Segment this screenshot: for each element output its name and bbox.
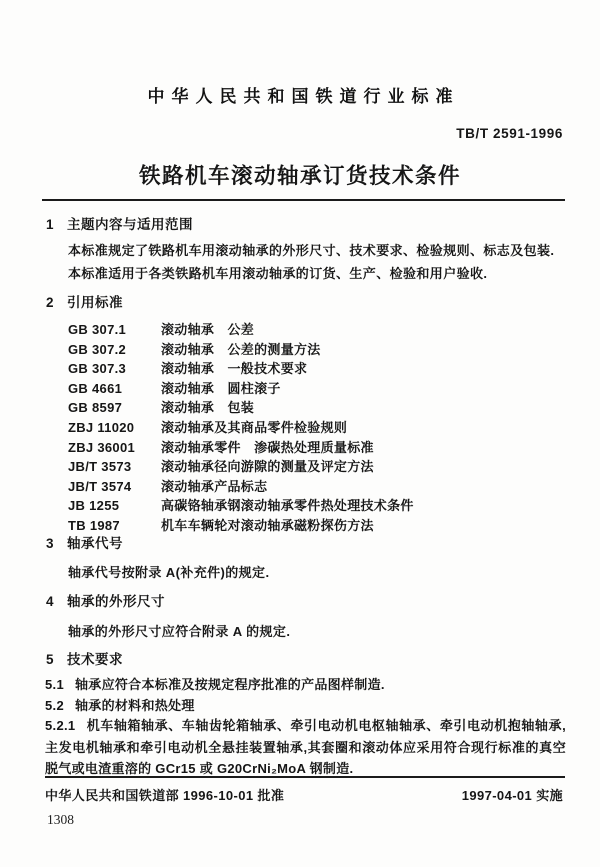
clause-5-2-1: 5.2.1机车轴箱轴承、车轴齿轮箱轴承、牵引电动机电枢轴轴承、牵引电动机抱轴轴承… — [45, 715, 566, 780]
section-2-title: 引用标准 — [67, 295, 123, 310]
reference-item: ZBJ 11020 滚动轴承及其商品零件检验规则 — [68, 418, 568, 438]
clause-5-2-number: 5.2 — [45, 698, 64, 713]
reference-item: TB 1987 机车车辆轮对滚动轴承磁粉探伤方法 — [68, 516, 568, 536]
reference-code: JB/T 3573 — [68, 457, 161, 477]
section-1-heading: 1主题内容与适用范围 — [46, 213, 193, 233]
section-1-title: 主题内容与适用范围 — [67, 217, 193, 232]
document-title: 铁路机车滚动轴承订货技术条件 — [0, 159, 600, 190]
reference-title: 滚动轴承 公差 — [161, 320, 254, 340]
header-rule — [42, 199, 565, 201]
clause-5-1: 5.1轴承应符合本标准及按规定程序批准的产品图样制造. — [45, 674, 385, 693]
reference-title: 滚动轴承及其商品零件检验规则 — [161, 418, 347, 438]
reference-item: GB 307.2 滚动轴承 公差的测量方法 — [68, 340, 568, 360]
reference-item: GB 307.3 滚动轴承 一般技术要求 — [68, 359, 568, 379]
reference-title: 滚动轴承径向游隙的测量及评定方法 — [161, 457, 374, 477]
clause-5-1-number: 5.1 — [45, 677, 64, 692]
standard-document-page: 中华人民共和国铁道行业标准 TB/T 2591-1996 铁路机车滚动轴承订货技… — [0, 0, 600, 867]
section-3-title: 轴承代号 — [67, 536, 123, 551]
clause-5-2-1-number: 5.2.1 — [45, 718, 75, 733]
section-1-body: 本标准规定了铁路机车用滚动轴承的外形尺寸、技术要求、检验规则、标志及包装. 本标… — [68, 239, 573, 285]
reference-code: GB 307.3 — [68, 359, 161, 379]
clause-5-2-text: 轴承的材料和热处理 — [75, 698, 195, 713]
reference-item: GB 307.1 滚动轴承 公差 — [68, 320, 568, 340]
section-4-paragraph: 轴承的外形尺寸应符合附录 A 的规定. — [68, 620, 290, 643]
standard-number: TB/T 2591-1996 — [456, 126, 563, 141]
implementation-note: 1997-04-01 实施 — [462, 785, 563, 804]
page-number: 1308 — [47, 812, 74, 828]
section-1-number: 1 — [46, 217, 54, 232]
section-1-paragraph-1: 本标准规定了铁路机车用滚动轴承的外形尺寸、技术要求、检验规则、标志及包装. — [68, 239, 573, 262]
reference-title: 滚动轴承 圆柱滚子 — [161, 379, 281, 399]
reference-title: 滚动轴承产品标志 — [161, 477, 267, 497]
section-5-heading: 5技术要求 — [46, 648, 123, 668]
reference-code: GB 307.1 — [68, 320, 161, 340]
reference-item: GB 8597 滚动轴承 包装 — [68, 398, 568, 418]
section-1-paragraph-2: 本标准适用于各类铁路机车用滚动轴承的订货、生产、检验和用户验收. — [68, 262, 573, 285]
reference-title: 机车车辆轮对滚动轴承磁粉探伤方法 — [161, 516, 374, 536]
section-4-number: 4 — [46, 594, 54, 609]
clause-5-2: 5.2轴承的材料和热处理 — [45, 695, 195, 714]
reference-title: 滚动轴承 一般技术要求 — [161, 359, 307, 379]
reference-list: GB 307.1 滚动轴承 公差 GB 307.2 滚动轴承 公差的测量方法 G… — [68, 320, 568, 536]
section-4-heading: 4轴承的外形尺寸 — [46, 590, 165, 610]
reference-code: GB 8597 — [68, 398, 161, 418]
section-2-heading: 2引用标准 — [46, 291, 123, 311]
section-3-number: 3 — [46, 536, 54, 551]
section-5-title: 技术要求 — [67, 652, 123, 667]
footer-rule — [45, 776, 565, 778]
section-3-paragraph: 轴承代号按附录 A(补充件)的规定. — [68, 561, 269, 584]
reference-item: JB/T 3573 滚动轴承径向游隙的测量及评定方法 — [68, 457, 568, 477]
section-4-title: 轴承的外形尺寸 — [67, 594, 165, 609]
reference-item: GB 4661 滚动轴承 圆柱滚子 — [68, 379, 568, 399]
reference-item: ZBJ 36001 滚动轴承零件 渗碳热处理质量标准 — [68, 438, 568, 458]
clause-5-1-text: 轴承应符合本标准及按规定程序批准的产品图样制造. — [75, 677, 385, 692]
reference-title: 高碳铬轴承钢滚动轴承零件热处理技术条件 — [161, 496, 414, 516]
section-2-number: 2 — [46, 295, 54, 310]
clause-5-2-1-text: 机车轴箱轴承、车轴齿轮箱轴承、牵引电动机电枢轴轴承、牵引电动机抱轴轴承,主发电机… — [45, 718, 566, 776]
section-5-number: 5 — [46, 652, 54, 667]
reference-code: ZBJ 36001 — [68, 438, 161, 458]
reference-title: 滚动轴承零件 渗碳热处理质量标准 — [161, 438, 374, 458]
reference-item: JB/T 3574 滚动轴承产品标志 — [68, 477, 568, 497]
reference-code: GB 307.2 — [68, 340, 161, 360]
approval-note: 中华人民共和国铁道部 1996-10-01 批准 — [45, 785, 284, 804]
standard-banner: 中华人民共和国铁道行业标准 — [0, 82, 600, 107]
reference-code: ZBJ 11020 — [68, 418, 161, 438]
reference-title: 滚动轴承 公差的测量方法 — [161, 340, 321, 360]
reference-title: 滚动轴承 包装 — [161, 398, 254, 418]
reference-item: JB 1255 高碳铬轴承钢滚动轴承零件热处理技术条件 — [68, 496, 568, 516]
section-3-heading: 3轴承代号 — [46, 532, 123, 552]
reference-code: GB 4661 — [68, 379, 161, 399]
reference-code: JB 1255 — [68, 496, 161, 516]
reference-code: JB/T 3574 — [68, 477, 161, 497]
